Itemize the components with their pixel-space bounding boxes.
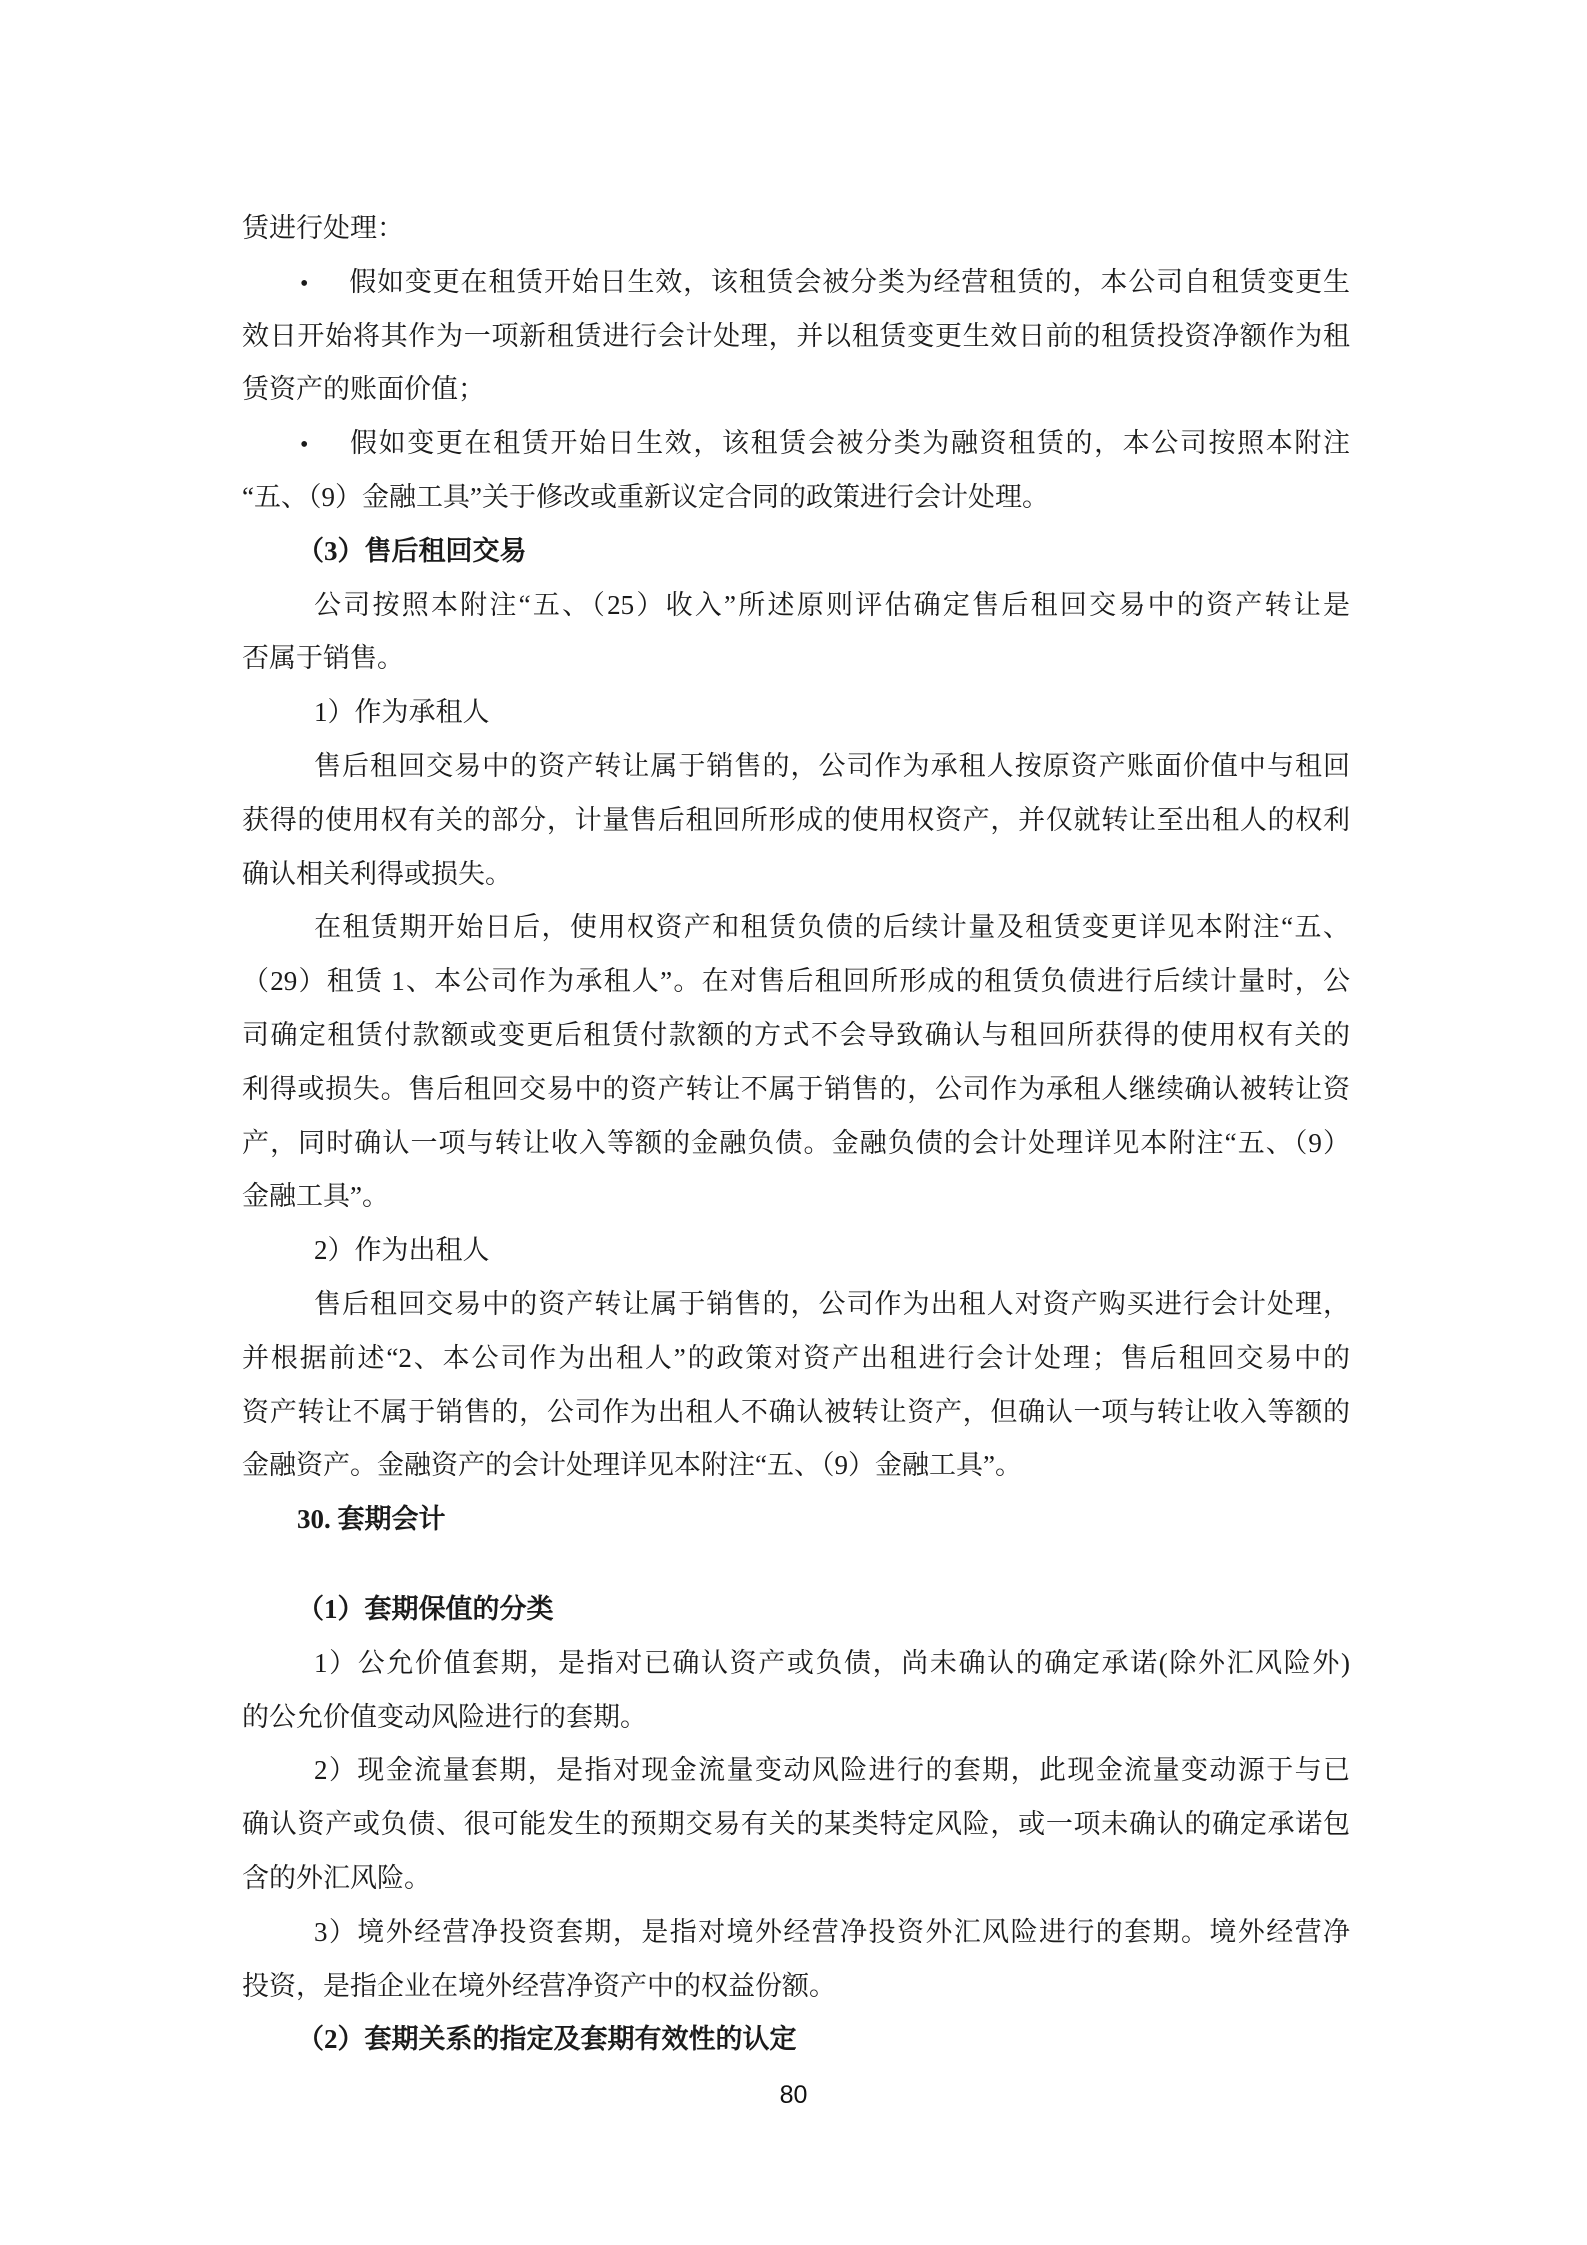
text-line: 公司按照本附注“五、（25）收入”所述原则评估确定售后租回交易中的资产转让是 xyxy=(242,579,1350,633)
bullet-icon: • xyxy=(300,271,308,297)
text-line: 含的外汇风险。 xyxy=(242,1852,1350,1906)
text-line: •假如变更在租赁开始日生效，该租赁会被分类为融资租赁的，本公司按照本附注 xyxy=(242,417,1350,471)
text-line: 3）境外经营净投资套期，是指对境外经营净投资外汇风险进行的套期。境外经营净 xyxy=(242,1906,1350,1960)
text-line: 资产转让不属于销售的，公司作为出租人不确认被转让资产，但确认一项与转让收入等额的 xyxy=(242,1386,1350,1440)
text-line: 赁资产的账面价值； xyxy=(242,363,1350,417)
heading-line: （3）售后租回交易 xyxy=(242,525,1350,579)
text-line: 1）公允价值套期，是指对已确认资产或负债，尚未确认的确定承诺(除外汇风险外) xyxy=(242,1637,1350,1691)
text-line: 售后租回交易中的资产转让属于销售的，公司作为承租人按原资产账面价值中与租回 xyxy=(242,740,1350,794)
document-body: 赁进行处理：•假如变更在租赁开始日生效，该租赁会被分类为经营租赁的，本公司自租赁… xyxy=(242,202,1350,2067)
text-line: 确认相关利得或损失。 xyxy=(242,848,1350,902)
document-page: 赁进行处理：•假如变更在租赁开始日生效，该租赁会被分类为经营租赁的，本公司自租赁… xyxy=(0,0,1587,2245)
bullet-text: 假如变更在租赁开始日生效，该租赁会被分类为融资租赁的，本公司按照本附注 xyxy=(348,428,1350,458)
text-line: 金融资产。金融资产的会计处理详见本附注“五、（9）金融工具”。 xyxy=(242,1439,1350,1493)
text-line: 2）现金流量套期，是指对现金流量变动风险进行的套期，此现金流量变动源于与已 xyxy=(242,1744,1350,1798)
text-line: 获得的使用权有关的部分，计量售后租回所形成的使用权资产，并仅就转让至出租人的权利 xyxy=(242,794,1350,848)
text-line: 确认资产或负债、很可能发生的预期交易有关的某类特定风险，或一项未确认的确定承诺包 xyxy=(242,1798,1350,1852)
text-line: （29）租赁 1、本公司作为承租人”。在对售后租回所形成的租赁负债进行后续计量时… xyxy=(242,955,1350,1009)
text-line: 司确定租赁付款额或变更后租赁付款额的方式不会导致确认与租回所获得的使用权有关的 xyxy=(242,1009,1350,1063)
text-line: 的公允价值变动风险进行的套期。 xyxy=(242,1691,1350,1745)
text-line: 产，同时确认一项与转让收入等额的金融负债。金融负债的会计处理详见本附注“五、（9… xyxy=(242,1117,1350,1171)
heading-line: （1）套期保值的分类 xyxy=(242,1583,1350,1637)
text-line: 在租赁期开始日后，使用权资产和租赁负债的后续计量及租赁变更详见本附注“五、 xyxy=(242,901,1350,955)
text-line: 金融工具”。 xyxy=(242,1170,1350,1224)
page-number: 80 xyxy=(0,2081,1587,2110)
text-line: 并根据前述“2、本公司作为出租人”的政策对资产出租进行会计处理；售后租回交易中的 xyxy=(242,1332,1350,1386)
text-line: 利得或损失。售后租回交易中的资产转让不属于销售的，公司作为承租人继续确认被转让资 xyxy=(242,1063,1350,1117)
text-line: 2）作为出租人 xyxy=(242,1224,1350,1278)
bullet-icon: • xyxy=(300,432,308,458)
text-line: 赁进行处理： xyxy=(242,202,1350,256)
text-line: 售后租回交易中的资产转让属于销售的，公司作为出租人对资产购买进行会计处理， xyxy=(242,1278,1350,1332)
text-line: “五、（9）金融工具”关于修改或重新议定合同的政策进行会计处理。 xyxy=(242,471,1350,525)
heading-line: 30. 套期会计 xyxy=(242,1493,1350,1547)
bullet-text: 假如变更在租赁开始日生效，该租赁会被分类为经营租赁的，本公司自租赁变更生 xyxy=(348,267,1350,297)
text-line: 否属于销售。 xyxy=(242,632,1350,686)
text-line: 1）作为承租人 xyxy=(242,686,1350,740)
text-line: 投资，是指企业在境外经营净资产中的权益份额。 xyxy=(242,1960,1350,2014)
text-line: 效日开始将其作为一项新租赁进行会计处理，并以租赁变更生效日前的租赁投资净额作为租 xyxy=(242,310,1350,364)
heading-line: （2）套期关系的指定及套期有效性的认定 xyxy=(242,2013,1350,2067)
text-line: •假如变更在租赁开始日生效，该租赁会被分类为经营租赁的，本公司自租赁变更生 xyxy=(242,256,1350,310)
